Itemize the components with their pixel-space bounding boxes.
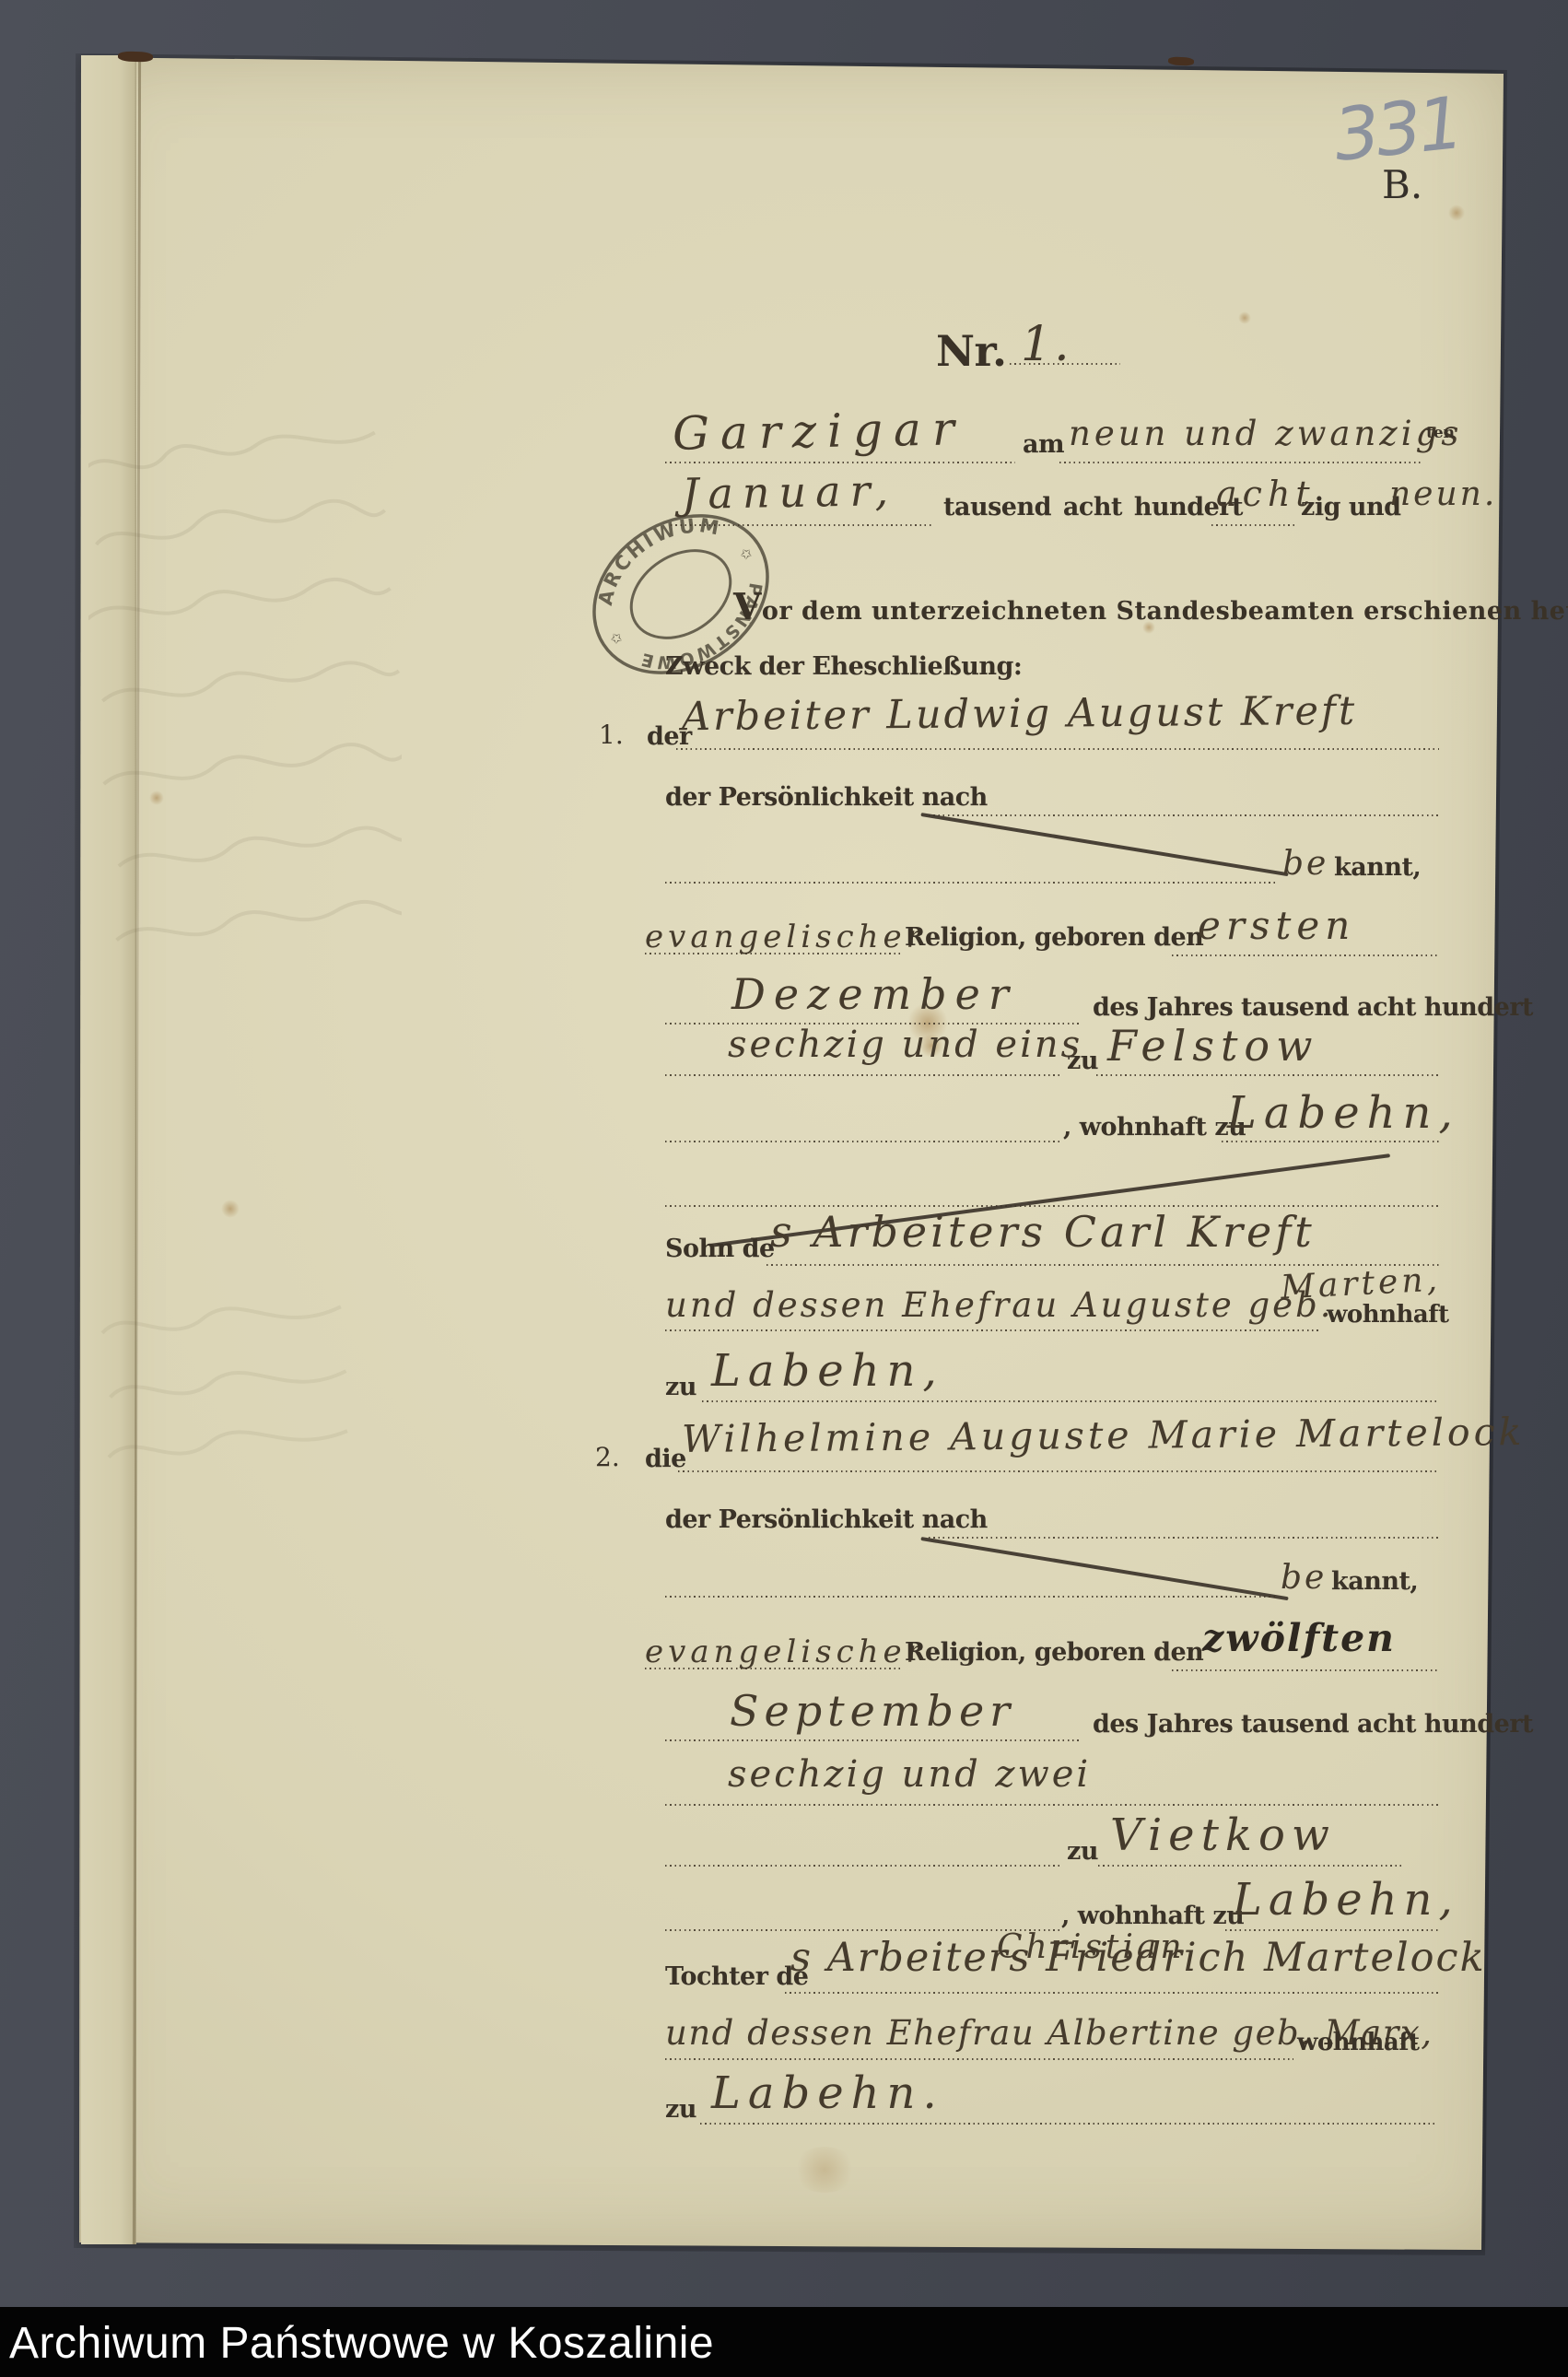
bride-zu2-label: zu: [665, 2097, 696, 2122]
top-edge-blot: [1168, 56, 1194, 65]
groom-birth-place-entry: Felstow: [1107, 1025, 1319, 1067]
dotted-line: [785, 1992, 1439, 1994]
bride-resident-label: , wohnhaft zu: [1061, 1903, 1244, 1928]
month-entry: Januar,: [682, 469, 898, 515]
groom-mother-entry: und dessen Ehefrau Auguste geb.: [665, 1288, 1334, 1322]
bride-birth-place-entry: Vietkow: [1110, 1813, 1336, 1857]
day-suffix-label: ten: [1426, 426, 1455, 441]
dotted-line: [645, 1668, 901, 1669]
groom-birth-month-entry: Dezember: [731, 973, 1017, 1015]
dotted-line: [700, 2123, 1437, 2125]
dotted-line: [702, 1400, 1439, 1402]
bride-birth-month-entry: September: [730, 1690, 1015, 1732]
archive-photo: 331 B. ARCHIWUM PAŃSTWOWE ✩ ✩ Nr. 1. Gar…: [0, 0, 1568, 2377]
bride-parents-residence-entry: Labehn.: [711, 2071, 944, 2115]
bride-religion-entry: evangelischer: [645, 1636, 926, 1668]
record-number-value: 1.: [1021, 321, 1072, 369]
groom-year-label: des Jahres tausend acht hundert: [1093, 995, 1533, 1020]
dotted-line: [665, 1074, 1059, 1076]
foxing-spot: [1448, 205, 1465, 221]
groom-known-entry: be: [1282, 848, 1328, 881]
groom-parent-label: Sohn de: [665, 1236, 775, 1261]
groom-resident-label: , wohnhaft zu: [1063, 1115, 1246, 1140]
bride-zu-label: zu: [1067, 1839, 1098, 1864]
bride-wohnhaft-label: wohnhaft: [1297, 2031, 1419, 2055]
dotted-line: [665, 882, 1275, 884]
dotted-line: [1225, 1929, 1439, 1931]
corner-letter: B.: [1382, 162, 1422, 207]
dotted-line: [665, 1739, 1082, 1741]
place-entry: Garzigar: [673, 405, 966, 457]
binding-blot: [118, 51, 153, 62]
bride-article: die: [645, 1446, 686, 1471]
dotted-line: [1010, 363, 1120, 365]
groom-birth-year-entry: sechzig und eins: [728, 1026, 1082, 1063]
foxing-smudge: [792, 2147, 857, 2193]
binding-edge: [81, 55, 136, 2244]
groom-index: 1.: [599, 722, 624, 748]
dotted-line: [665, 1329, 1321, 1331]
bride-father-entry: s Arbeiters Friedrich Martelock: [790, 1938, 1486, 1978]
dotted-line: [665, 1804, 1439, 1806]
bride-identity-label: der Persönlichkeit nach: [665, 1507, 988, 1532]
groom-mother-maiden-entry: Marten,: [1280, 1263, 1442, 1305]
dotted-line: [1211, 524, 1296, 526]
groom-religion-label: Religion, geboren den: [905, 925, 1203, 950]
dotted-line: [665, 2058, 1293, 2060]
groom-zu2-label: zu: [665, 1375, 696, 1399]
dotted-line: [1059, 462, 1421, 463]
caption-bar: Archiwum Państwowe w Koszalinie: [0, 2307, 1568, 2377]
groom-zu-label: zu: [1067, 1048, 1098, 1073]
archive-caption: Archiwum Państwowe w Koszalinie: [9, 2318, 714, 2369]
dotted-line: [645, 953, 901, 954]
foxing-spot: [221, 1200, 240, 1218]
bleedthrough-ghost-writing-2: [96, 1290, 354, 1474]
bride-birth-year-entry: sechzig und zwei: [728, 1756, 1091, 1793]
am-label: am: [1023, 432, 1064, 457]
stamp-star-icon: ✩: [607, 628, 626, 649]
year-printed-2: zig und: [1301, 495, 1401, 520]
year-printed-1: tausend acht hundert: [943, 495, 1243, 520]
dotted-line: [1172, 1669, 1439, 1671]
bride-religion-label: Religion, geboren den: [905, 1640, 1203, 1665]
bleedthrough-ghost-writing: [88, 424, 402, 958]
dotted-line: [665, 1141, 1059, 1142]
bride-name-entry: Wilhelmine Auguste Marie Martelock: [682, 1413, 1526, 1458]
dotted-line: [1096, 1074, 1439, 1076]
foxing-spot: [149, 790, 164, 805]
dotted-line: [678, 1470, 1439, 1472]
record-number-label: Nr.: [936, 330, 1007, 372]
dotted-line: [1098, 1865, 1402, 1867]
bride-residence-entry: Labehn,: [1233, 1878, 1459, 1922]
groom-known-label: kannt,: [1334, 855, 1421, 880]
stamp-star-icon: ✩: [737, 544, 756, 564]
groom-name-entry: Arbeiter Ludwig August Kreft: [682, 692, 1357, 737]
foxing-spot: [1238, 311, 1251, 324]
bride-known-entry: be: [1281, 1562, 1327, 1595]
groom-wohnhaft-label: wohnhaft: [1327, 1303, 1448, 1327]
bride-index: 2.: [595, 1445, 620, 1470]
bride-birth-day-entry: zwölften: [1202, 1620, 1396, 1657]
dotted-line: [665, 462, 1015, 463]
dotted-line: [665, 1865, 1059, 1867]
groom-religion-entry: evangelischer: [645, 921, 926, 953]
groom-birth-day-entry: ersten: [1198, 907, 1355, 945]
dotted-line: [676, 748, 1439, 750]
dotted-line: [1172, 954, 1439, 956]
groom-identity-label: der Persönlichkeit nach: [665, 785, 988, 810]
bride-known-label: kannt,: [1331, 1569, 1418, 1594]
year-units-entry: neun.: [1389, 478, 1497, 511]
dotted-line: [929, 814, 1439, 816]
dotted-line: [665, 1596, 1275, 1598]
bride-year-label: des Jahres tausend acht hundert: [1093, 1712, 1533, 1737]
bride-parent-label: Tochter de: [665, 1964, 808, 1989]
groom-parents-residence-entry: Labehn,: [711, 1349, 944, 1393]
day-entry: neun und zwanzigs: [1069, 416, 1462, 451]
groom-residence-entry: Labehn,: [1227, 1091, 1460, 1135]
intro-purpose-line: Zweck der Eheschließung:: [665, 654, 1022, 679]
groom-father-entry: s Arbeiters Carl Kreft: [770, 1211, 1316, 1253]
dotted-line: [671, 524, 932, 526]
intro-paragraph: Vor dem unterzeichneten Standesbeamten e…: [733, 590, 1441, 626]
dotted-line: [1222, 1141, 1439, 1142]
dotted-line: [929, 1537, 1439, 1539]
